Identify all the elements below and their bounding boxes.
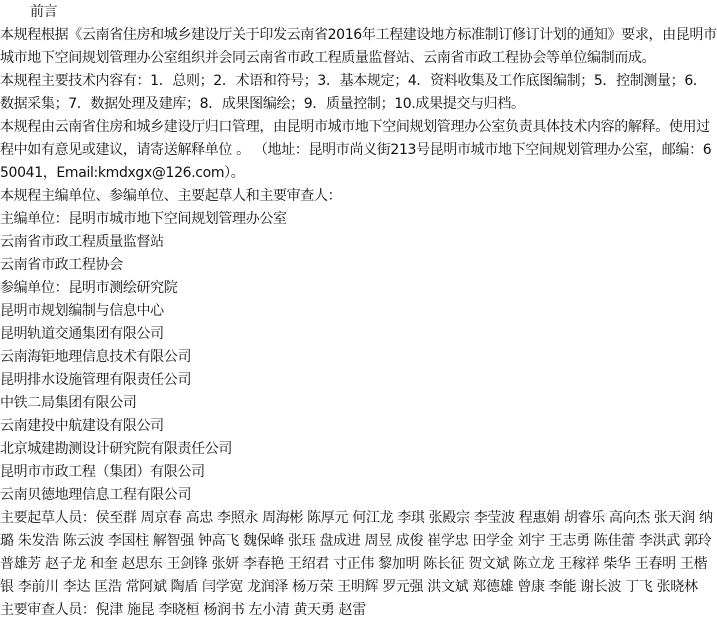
chief-editor-unit: 主编单位：昆明市城市地下空间规划管理办公室: [0, 208, 717, 231]
participating-unit-item: 云南海钜地理信息技术有限公司: [0, 346, 717, 369]
participating-unit-item: 昆明轨道交通集团有限公司: [0, 323, 717, 346]
chief-editor-unit-item: 云南省市政工程质量监督站: [0, 231, 717, 254]
participating-unit-item: 北京城建勘测设计研究院有限责任公司: [0, 438, 717, 461]
drafters-list: 主要起草人员：侯至群 周京春 高忠 李照永 周海彬 陈厚元 何江龙 李琪 张殿宗…: [0, 507, 717, 599]
paragraph-contributors-intro: 本规程主编单位、参编单位、主要起草人和主要审查人：: [0, 185, 717, 208]
participating-unit-item: 中铁二局集团有限公司: [0, 392, 717, 415]
paragraph-basis: 本规程根据《云南省住房和城乡建设厅关于印发云南省2016年工程建设地方标准制订修…: [0, 24, 717, 70]
chief-editor-unit-item: 云南省市政工程协会: [0, 254, 717, 277]
participating-unit-item: 云南建投中航建设有限公司: [0, 415, 717, 438]
participating-unit-item: 昆明市规划编制与信息中心: [0, 300, 717, 323]
participating-unit-item: 昆明市市政工程（集团）有限公司: [0, 461, 717, 484]
participating-unit-item: 云南贝德地理信息工程有限公司: [0, 484, 717, 507]
paragraph-technical-content: 本规程主要技术内容有：1．总则；2．术语和符号；3．基本规定；4．资料收集及工作…: [0, 70, 717, 116]
document-heading: 前言: [0, 1, 717, 24]
participating-unit-item: 昆明排水设施管理有限责任公司: [0, 369, 717, 392]
document-body: 前言 本规程根据《云南省住房和城乡建设厅关于印发云南省2016年工程建设地方标准…: [0, 1, 717, 622]
participating-unit: 参编单位：昆明市测绘研究院: [0, 277, 717, 300]
paragraph-administration: 本规程由云南省住房和城乡建设厅归口管理，由昆明市城市地下空间规划管理办公室负责具…: [0, 116, 717, 185]
reviewers-list: 主要审查人员：倪津 施昆 李晓桓 杨润书 左小清 黄天勇 赵雷: [0, 599, 717, 622]
